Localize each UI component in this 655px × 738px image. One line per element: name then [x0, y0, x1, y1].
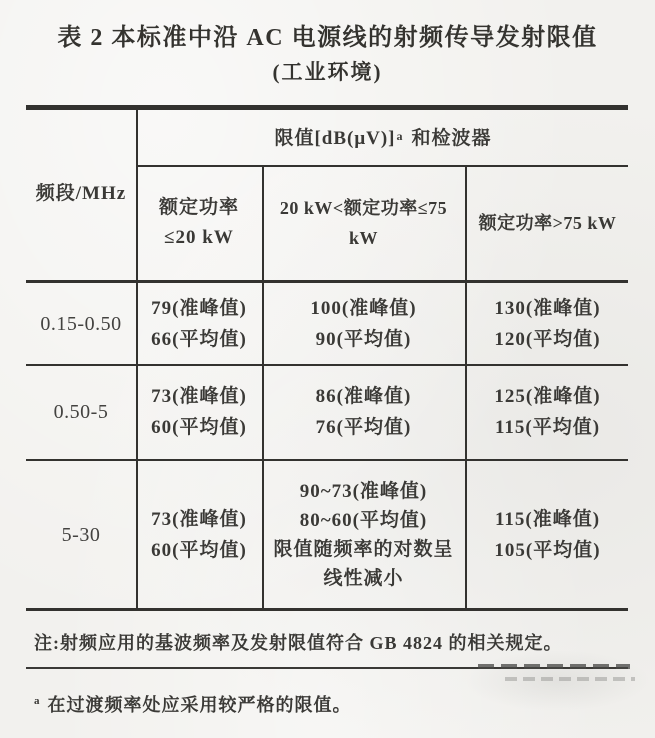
quasi-peak-value: 130(准峰值)	[494, 293, 600, 324]
average-value: 120(平均值)	[494, 324, 600, 355]
header-body-divider	[26, 280, 628, 283]
limit-cell-gt75kw: 115(准峰值) 105(平均值)	[467, 462, 628, 607]
table-title: 表 2 本标准中沿 AC 电源线的射频传导发射限值	[0, 17, 655, 52]
limit-cell-le20kw: 73(准峰值) 60(平均值)	[138, 366, 260, 458]
limit-cell-le20kw: 73(准峰值) 60(平均值)	[138, 462, 260, 607]
power-le20kw-header-cell: 额定功率 ≤20 kW	[138, 168, 260, 278]
quasi-peak-value: 73(准峰值)	[151, 504, 247, 535]
quasi-peak-value: 90~73(准峰值)	[300, 477, 428, 506]
power-gt75kw-header-cell: 额定功率>75 kW	[467, 168, 628, 278]
quasi-peak-value: 73(准峰值)	[151, 381, 247, 412]
scanned-table-page: 表 2 本标准中沿 AC 电源线的射频传导发射限值 (工业环境) 频段/MHz …	[0, 0, 655, 738]
limit-cell-le20kw: 79(准峰值) 66(平均值)	[138, 284, 260, 363]
limit-cell-20to75kw: 86(准峰值) 76(平均值)	[264, 366, 463, 458]
power-20to75kw-header-cell: 20 kW<额定功率≤75 kW	[263, 168, 464, 278]
limit-header-text: 限值[dB(μV)]	[274, 123, 395, 150]
limit-header-divider	[136, 165, 628, 167]
quasi-peak-value: 79(准峰值)	[151, 293, 247, 324]
limit-cell-gt75kw: 130(准峰值) 120(平均值)	[467, 284, 628, 363]
footnote: a在过渡频率处应采用较严格的限值。	[34, 691, 634, 717]
freq-band-cell: 0.15-0.50	[26, 284, 136, 363]
freq-range: 5-30	[62, 520, 101, 550]
average-value: 105(平均值)	[494, 535, 600, 566]
power-gt75kw-label: 额定功率>75 kW	[479, 208, 617, 238]
average-value: 60(平均值)	[151, 412, 247, 443]
quasi-peak-value: 115(准峰值)	[495, 504, 600, 535]
average-value: 60(平均值)	[151, 535, 247, 566]
freq-range: 0.50-5	[54, 397, 109, 427]
average-value: 80~60(平均值)	[300, 506, 428, 535]
limit-detector-header-cell: 限值[dB(μV)]a和检波器	[138, 108, 628, 164]
freq-range: 0.15-0.50	[40, 309, 121, 339]
quasi-peak-value: 125(准峰值)	[494, 381, 600, 412]
power-le20kw-line1: 额定功率	[159, 193, 239, 223]
quasi-peak-value: 100(准峰值)	[310, 293, 416, 324]
freq-band-cell: 0.50-5	[26, 366, 136, 458]
limit-cell-20to75kw: 90~73(准峰值) 80~60(平均值) 限值随频率的对数呈线性减小	[264, 462, 463, 607]
freq-band-header-label: 频段/MHz	[36, 179, 126, 209]
power-le20kw-line2: ≤20 kW	[164, 223, 234, 253]
row-divider-2	[26, 459, 628, 461]
footnote-superscript: a	[34, 695, 41, 707]
footnote-text: 在过渡频率处应采用较严格的限值。	[48, 695, 352, 715]
quasi-peak-value: 86(准峰值)	[316, 381, 412, 412]
limit-cell-20to75kw: 100(准峰值) 90(平均值)	[264, 284, 463, 363]
watermark-remnant-dashes	[505, 677, 635, 681]
power-20to75kw-label: 20 kW<额定功率≤75 kW	[263, 193, 464, 253]
table-border-bottom	[26, 608, 628, 611]
watermark-remnant-dashes	[478, 664, 630, 669]
table-subtitle: (工业环境)	[0, 56, 655, 86]
average-value: 90(平均值)	[316, 324, 412, 355]
average-value: 66(平均值)	[151, 324, 247, 355]
limit-header-tail: 和检波器	[412, 123, 492, 150]
limit-cell-gt75kw: 125(准峰值) 115(平均值)	[467, 366, 628, 458]
average-value: 76(平均值)	[316, 412, 412, 443]
average-value: 115(平均值)	[495, 412, 600, 443]
freq-band-cell: 5-30	[26, 462, 136, 607]
freq-band-header-cell: 频段/MHz	[26, 110, 136, 278]
limit-decrease-note: 限值随频率的对数呈线性减小	[266, 535, 461, 593]
